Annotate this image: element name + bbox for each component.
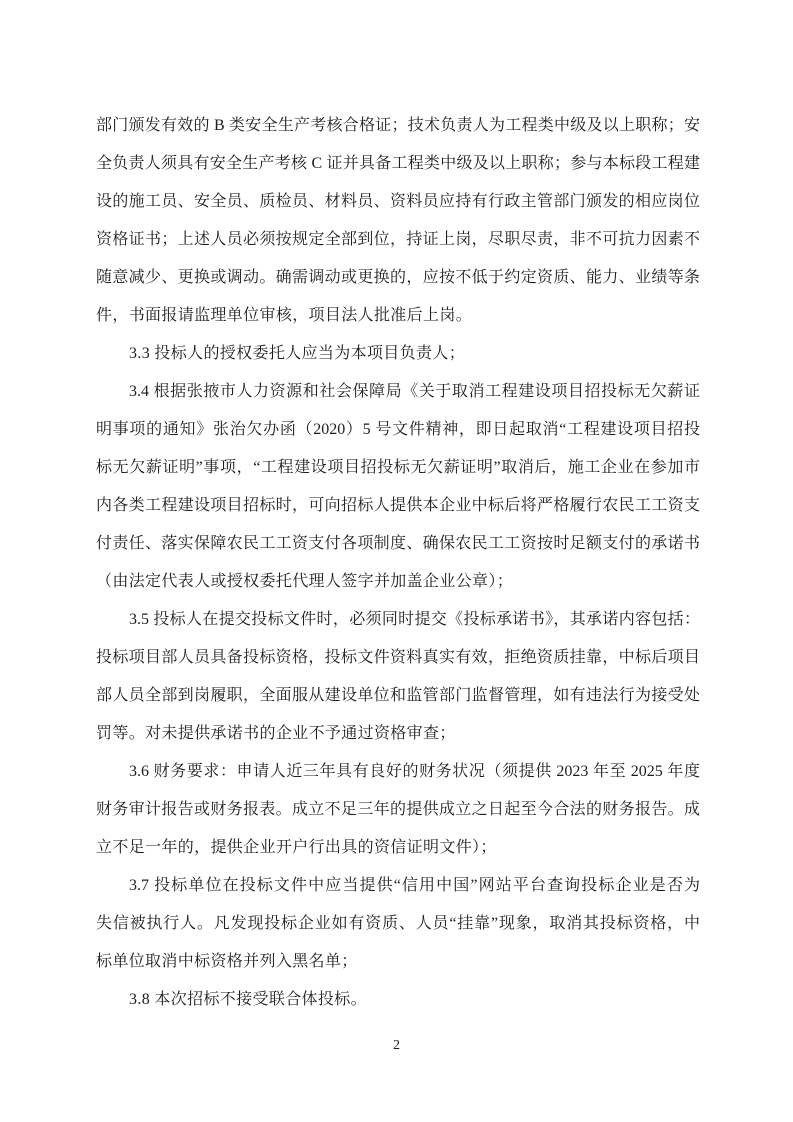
text-line: 付责任、落实保障农民工工资支付各项制度、确保农民工工资按时足额支付的承诺书 [96,525,700,563]
text-line: 财务审计报告或财务报表。成立不足三年的提供成立之日起至今合法的财务报告。成 [96,791,700,829]
text-line: 罚等。对未提供承诺书的企业不予通过资格审查； [96,715,700,753]
text-line: 全负责人须具有安全生产考核 C 证并具备工程类中级及以上职称；参与本标段工程建 [96,145,700,183]
text-line: 标单位取消中标资格并列入黑名单； [96,943,700,981]
text-line: 标无欠薪证明”事项，“工程建设项目招投标无欠薪证明”取消后，施工企业在参加市 [96,449,700,487]
text-line: 设的施工员、安全员、质检员、材料员、资料员应持有行政主管部门颁发的相应岗位 [96,183,700,221]
document-page: { "document": { "page_number": "2", "lin… [0,0,793,1122]
page: 部门颁发有效的 B 类安全生产考核合格证；技术负责人为工程类中级及以上职称；安全… [0,0,793,1122]
text-line: 3.3 投标人的授权委托人应当为本项目负责人； [96,335,700,373]
text-line: 3.4 根据张掖市人力资源和社会保障局《关于取消工程建设项目招投标无欠薪证 [96,373,700,411]
text-line: （由法定代表人或授权委托代理人签字并加盖企业公章）； [96,563,700,601]
text-line: 件，书面报请监理单位审核，项目法人批准后上岗。 [96,297,700,335]
text-line: 随意减少、更换或调动。确需调动或更换的，应按不低于约定资质、能力、业绩等条 [96,259,700,297]
page-number: 2 [0,1032,793,1060]
text-line: 投标项目部人员具备投标资格，投标文件资料真实有效，拒绝资质挂靠，中标后项目 [96,639,700,677]
text-line: 立不足一年的，提供企业开户行出具的资信证明文件）； [96,829,700,867]
text-line: 3.7 投标单位在投标文件中应当提供“信用中国”网站平台查询投标企业是否为 [96,867,700,905]
text-line: 资格证书；上述人员必须按规定全部到位，持证上岗，尽职尽责，非不可抗力因素不得 [96,221,700,259]
text-line: 部人员全部到岗履职，全面服从建设单位和监管部门监督管理，如有违法行为接受处 [96,677,700,715]
text-line: 3.8 本次招标不接受联合体投标。 [96,981,700,1019]
text-line: 3.5 投标人在提交投标文件时，必须同时提交《投标承诺书》，其承诺内容包括： [96,601,700,639]
text-line: 3.6 财务要求：申请人近三年具有良好的财务状况（须提供 2023 年至 202… [96,753,700,791]
text-line: 内各类工程建设项目招标时，可向招标人提供本企业中标后将严格履行农民工工资支 [96,487,700,525]
text-line: 失信被执行人。凡发现投标企业如有资质、人员“挂靠”现象，取消其投标资格，中 [96,905,700,943]
text-block: 部门颁发有效的 B 类安全生产考核合格证；技术负责人为工程类中级及以上职称；安全… [96,107,700,1019]
text-line: 部门颁发有效的 B 类安全生产考核合格证；技术负责人为工程类中级及以上职称；安 [96,107,700,145]
text-line: 明事项的通知》张治欠办函（2020）5 号文件精神，即日起取消“工程建设项目招投 [96,411,700,449]
